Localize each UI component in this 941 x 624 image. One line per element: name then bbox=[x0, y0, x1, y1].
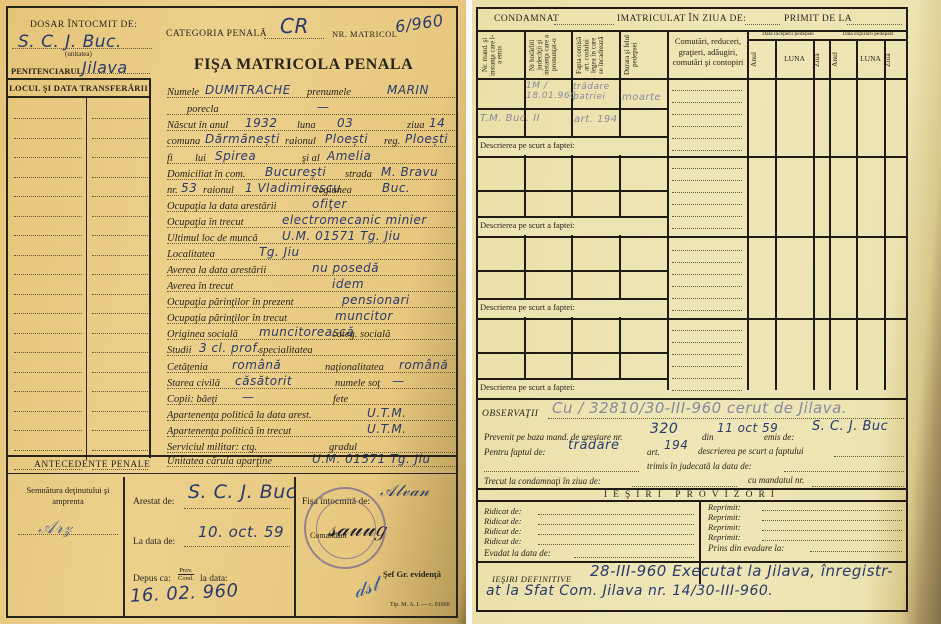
transfer-line bbox=[14, 352, 82, 353]
la-data-value: 10. oct. 59 bbox=[198, 523, 284, 541]
descriere-label: Descrierea pe scurt a faptei: bbox=[480, 382, 575, 392]
iesiri-provizori-title: IEŞIRI PROVIZORI bbox=[472, 490, 912, 500]
table-col-rule-date bbox=[829, 39, 831, 390]
numele-value: DUMITRACHE bbox=[205, 83, 291, 97]
reprimit-line bbox=[762, 520, 902, 521]
transfer-line bbox=[92, 391, 148, 392]
ocup-parinti-trecut-value: muncitor bbox=[335, 309, 393, 323]
raionul2-label: raionul bbox=[203, 185, 234, 196]
header-luna-end: LUNA bbox=[857, 54, 884, 63]
field-row: Ocupaţia în trecutelectromecanic minier bbox=[167, 213, 455, 229]
comutari-line bbox=[672, 274, 742, 275]
copii-label: Copii: băeţi bbox=[167, 394, 217, 405]
transfer-line bbox=[92, 196, 148, 197]
comutari-line bbox=[672, 150, 742, 151]
mandat-line bbox=[812, 486, 904, 487]
nr-value: 53 bbox=[181, 181, 197, 195]
block-rule bbox=[477, 156, 907, 158]
imatriculat-label: IMATRICULAT ÎN ZIUA DE: bbox=[617, 14, 746, 24]
comutari-line bbox=[672, 390, 742, 391]
field-row: Ocupaţia la data arestăriiofiţer bbox=[167, 197, 455, 213]
prev-cond: Prev. Cond. bbox=[178, 567, 194, 582]
fapt-value: trădare bbox=[568, 438, 619, 453]
starea-value: căsătorit bbox=[235, 374, 292, 388]
row-mid-rule bbox=[477, 270, 667, 272]
primit-line bbox=[847, 24, 902, 25]
descriere-faptului-line bbox=[834, 456, 904, 457]
prenumele-value: MARIN bbox=[387, 83, 429, 97]
transfer-line bbox=[92, 372, 148, 373]
comutari-line bbox=[672, 126, 742, 127]
transfer-line bbox=[92, 411, 148, 412]
mandat-value: T.M. Buc. II bbox=[480, 113, 540, 124]
prevenit-nr-value: 320 bbox=[650, 421, 678, 437]
comutari-line bbox=[672, 286, 742, 287]
descriere-faptului-label: descrierea pe scurt a faptului bbox=[698, 446, 804, 456]
comutari-line bbox=[672, 90, 742, 91]
raionul-value: Ploești bbox=[325, 132, 368, 146]
specialitatea-label: specialitatea bbox=[259, 345, 313, 356]
fapt-line-2 bbox=[484, 471, 639, 472]
starea-label: Starea civilă bbox=[167, 378, 220, 389]
fete-label: fete bbox=[333, 394, 348, 405]
right-page-fisa-verso: CONDAMNAT IMATRICULAT ÎN ZIUA DE: PRIMIT… bbox=[472, 0, 941, 624]
dosar-line bbox=[12, 48, 152, 49]
apart-arest-label: Apartenenţa politică la data arest. bbox=[167, 410, 312, 421]
field-row: Ocupaţia părinţilor în trecutmuncitor bbox=[167, 309, 455, 325]
unitatea-hint: (unitatea) bbox=[65, 50, 92, 58]
strada-value: M. Bravu bbox=[381, 165, 438, 179]
averea-arest-value: nu posedă bbox=[312, 261, 379, 275]
field-row: NumeleDUMITRACHEprenumeleMARIN bbox=[167, 83, 455, 99]
header-bottom-rule bbox=[477, 78, 907, 80]
transfer-line bbox=[14, 138, 82, 139]
averea-arest-label: Averea la data arestării bbox=[167, 265, 266, 276]
ridicat-line bbox=[538, 524, 694, 525]
categoria-value: CR bbox=[280, 14, 309, 38]
transfer-line bbox=[14, 294, 82, 295]
fapt-label: Pentru faptul de: bbox=[484, 447, 546, 457]
luna-value: 03 bbox=[337, 116, 353, 130]
transfer-line bbox=[92, 430, 148, 431]
table-col-rule bbox=[667, 30, 669, 390]
transfer-line bbox=[92, 138, 148, 139]
ultimul-loc-label: Ultimul loc de muncă bbox=[167, 233, 258, 244]
ocup-parinti-trecut-label: Ocupaţia părinţilor în trecut bbox=[167, 313, 287, 324]
observatii-value: Cu / 32810/30-III-960 cerut de Jilava. bbox=[552, 399, 847, 417]
transfer-line bbox=[14, 216, 82, 217]
sef-label: Şef Gr. evidenţă bbox=[383, 569, 441, 579]
ridicat-line bbox=[538, 534, 694, 535]
ridicat-label: Ridicat de: bbox=[484, 536, 522, 546]
header-start-group: Data începerii pedepsei bbox=[748, 31, 828, 37]
left-page-fisa-matricola: DOSAR ÎNTOCMIT DE: S. C. J. Buc. (unitat… bbox=[0, 0, 466, 624]
nationalitatea-value: română bbox=[399, 358, 448, 372]
dosar-label: DOSAR ÎNTOCMIT DE: bbox=[30, 20, 137, 30]
la-data-label: La data de: bbox=[133, 537, 175, 547]
mandat-label: cu mandatul nr. bbox=[748, 475, 804, 485]
field-row: Domiciliat în com.BucureştistradaM. Brav… bbox=[167, 165, 455, 181]
descriere-label: Descrierea pe scurt a faptei: bbox=[480, 140, 575, 150]
comutari-line bbox=[672, 138, 742, 139]
iesiri-definitive-line2: at la Sfat Com. Jilava nr. 14/30-III-960… bbox=[486, 583, 773, 599]
observatii-label: OBSERVAŢII bbox=[482, 409, 538, 419]
cetatenia-value: română bbox=[232, 358, 281, 372]
comutari-line bbox=[672, 168, 742, 169]
reprimit-label: Reprimit: bbox=[708, 522, 741, 532]
condamnat-line bbox=[554, 24, 614, 25]
numele-sot-value: — bbox=[392, 374, 405, 388]
comutari-line bbox=[672, 216, 742, 217]
ocupatia-trecut-label: Ocupaţia în trecut bbox=[167, 217, 244, 228]
mama-value: Amelia bbox=[327, 149, 371, 163]
field-row: Studii3 cl. prof.specialitatea bbox=[167, 341, 455, 357]
dosar-value: S. C. J. Buc. bbox=[18, 32, 122, 52]
header-anul-2: Anul bbox=[831, 44, 853, 76]
antecedente-divider-1 bbox=[123, 477, 125, 617]
ocupatia-trecut-value: electromecanic minier bbox=[282, 213, 427, 227]
comuna-value: Dărmănești bbox=[205, 132, 280, 146]
transfer-line bbox=[92, 333, 148, 334]
studii-label: Studii bbox=[167, 345, 192, 356]
prevenit-emis-label: emis de: bbox=[764, 432, 794, 442]
primit-label: PRIMIT DE LA bbox=[784, 14, 852, 24]
comutari-line bbox=[672, 310, 742, 311]
arestat-value: S. C. J. Buc bbox=[188, 481, 297, 503]
transfer-line bbox=[14, 411, 82, 412]
reg-label: reg. bbox=[384, 136, 400, 147]
table-col-rule bbox=[747, 30, 749, 390]
prins-label: Prins din evadare la: bbox=[708, 543, 784, 553]
lui-label: lui bbox=[195, 153, 206, 164]
field-row: LocalitateaTg. Jiu bbox=[167, 245, 455, 261]
field-row: Apartenenţa politică la data arest.U.T.M… bbox=[167, 406, 455, 422]
la-data-line bbox=[184, 546, 290, 547]
field-row: Ultimul loc de muncăU.M. 01571 Tg. Jiu bbox=[167, 229, 455, 245]
si-al-label: şi al bbox=[302, 153, 320, 164]
imatriculat-line bbox=[745, 24, 780, 25]
transfer-line bbox=[14, 177, 82, 178]
localitatea-value: Tg. Jiu bbox=[259, 245, 300, 259]
sef-signature: 𝒹𝓈𝓉 bbox=[350, 571, 382, 602]
iesiri-title-rule bbox=[477, 500, 907, 502]
row-mid-rule bbox=[477, 352, 667, 354]
transfer-line bbox=[14, 313, 82, 314]
tata-value: Spirea bbox=[215, 149, 256, 163]
reprimit-line bbox=[762, 540, 902, 541]
prenumele-label: prenumele bbox=[307, 87, 351, 98]
field-row: filuiSpireaşi alAmelia bbox=[167, 149, 455, 165]
header-col4: Durata şi felul pedepsei bbox=[624, 34, 662, 76]
field-row: Starea civilăcăsătoritnumele soţ— bbox=[167, 374, 455, 390]
table-col-rule-date bbox=[884, 39, 886, 390]
reprimit-label: Reprimit: bbox=[708, 502, 741, 512]
prevenit-emis-value: S. C. J. Buc bbox=[812, 419, 888, 434]
ultimul-loc-value: U.M. 01571 Tg. Jiu bbox=[282, 229, 401, 243]
field-row: nr.53raionul1 VladimirescuregiuneaBuc. bbox=[167, 181, 455, 197]
semnatura-label: Semnătura deţinutului şi amprenta bbox=[18, 485, 118, 507]
transfer-line bbox=[14, 450, 82, 451]
comutari-line bbox=[672, 250, 742, 251]
ridicat-label: Ridicat de: bbox=[484, 506, 522, 516]
comutari-line bbox=[672, 342, 742, 343]
strada-label: strada bbox=[345, 169, 372, 180]
antecedente-section: ANTECEDENTE PENALE Semnătura deţinutului… bbox=[8, 455, 458, 615]
ocup-parinti-prezent-value: pensionari bbox=[342, 293, 410, 307]
row-mid-rule bbox=[477, 108, 667, 110]
header-col3: Fapta comisă art. codului legea în care … bbox=[576, 34, 614, 76]
transfer-line bbox=[92, 255, 148, 256]
page-title: FIŞA MATRICOLA PENALA bbox=[194, 56, 413, 74]
iesiri-definitive-line1: 28-III-960 Executat la Jilava, înregistr… bbox=[590, 562, 893, 580]
transfer-line bbox=[92, 235, 148, 236]
printer-note: Tip. M. A. I. — c. 01060 bbox=[390, 602, 450, 608]
transfer-line bbox=[92, 118, 148, 119]
transfer-line bbox=[14, 430, 82, 431]
field-row: Născut în anul1932luna03ziua14 bbox=[167, 116, 455, 132]
comutari-line bbox=[672, 228, 742, 229]
transfer-line bbox=[92, 352, 148, 353]
trecut-label: Trecut la condamnaţi în ziua de: bbox=[484, 476, 601, 486]
comutari-line bbox=[672, 204, 742, 205]
trimis-label: trimis în judecată la data de: bbox=[647, 461, 752, 471]
averea-trecut-value: idem bbox=[332, 277, 364, 291]
official-stamp bbox=[304, 487, 386, 569]
prins-line bbox=[810, 551, 902, 552]
transfer-section: LOCUL ŞI DATA TRANSFERĂRII bbox=[8, 78, 151, 458]
transfer-line bbox=[14, 255, 82, 256]
durata-value: moarte bbox=[622, 92, 661, 103]
header-col2: Nr hotărîrii judecăţii şi instanţa care … bbox=[529, 34, 567, 76]
numele-sot-label: numele soţ bbox=[335, 378, 380, 389]
origine-label: Originea socială bbox=[167, 329, 238, 340]
categ-label: categ. socială bbox=[332, 329, 390, 340]
antecedente-title: ANTECEDENTE PENALE bbox=[8, 457, 458, 474]
comutari-line bbox=[672, 366, 742, 367]
transfer-line bbox=[92, 313, 148, 314]
ocupatia-arest-value: ofiţer bbox=[312, 197, 347, 211]
apart-arest-value: U.T.M. bbox=[367, 406, 407, 420]
field-row: Ocupaţia părinţilor în prezentpensionari bbox=[167, 293, 455, 309]
trecut-line bbox=[632, 486, 737, 487]
fi-label: fi bbox=[167, 153, 173, 164]
porecla-value: — bbox=[317, 100, 330, 114]
field-row: Apartenenţa politică în trecutU.T.M. bbox=[167, 422, 455, 438]
cond-label: Cond. bbox=[178, 575, 194, 582]
transfer-line bbox=[92, 450, 148, 451]
domiciliat-label: Domiciliat în com. bbox=[167, 169, 245, 180]
copii-baieti-value: — bbox=[242, 390, 255, 404]
comutari-line bbox=[672, 330, 742, 331]
block-rule bbox=[477, 236, 907, 238]
field-row: Averea în trecutidem bbox=[167, 277, 455, 293]
transfer-line bbox=[14, 274, 82, 275]
transfer-line bbox=[92, 216, 148, 217]
ridicat-label: Ridicat de: bbox=[484, 516, 522, 526]
penitenciar-value: Jilava bbox=[82, 58, 128, 77]
row-mid-rule bbox=[477, 190, 667, 192]
transfer-title: LOCUL ŞI DATA TRANSFERĂRII bbox=[8, 80, 149, 98]
header-luna-start: LUNA bbox=[776, 54, 813, 63]
header-anul-0: Anul bbox=[750, 44, 772, 76]
ridicat-label: Ridicat de: bbox=[484, 526, 522, 536]
reprimit-label: Reprimit: bbox=[708, 532, 741, 542]
comutari-line bbox=[672, 114, 742, 115]
header-col5: Comutări, reduceri, graţieri, adăugiri, … bbox=[670, 36, 746, 68]
transfer-line bbox=[14, 118, 82, 119]
reg-value: Ploești bbox=[405, 132, 448, 146]
transfer-line bbox=[92, 274, 148, 275]
table-col-rule-date bbox=[813, 39, 815, 390]
evadat-label: Evadat la data de: bbox=[484, 548, 551, 558]
apart-trecut-label: Apartenenţa politică în trecut bbox=[167, 426, 291, 437]
transfer-line bbox=[14, 157, 82, 158]
header-ziua-3: Ziua bbox=[884, 44, 906, 76]
reprimit-line bbox=[762, 510, 902, 511]
nr-label: nr. bbox=[167, 185, 178, 196]
studii-value: 3 cl. prof. bbox=[199, 341, 261, 355]
averea-trecut-label: Averea în trecut bbox=[167, 281, 233, 292]
prevenit-din-label: din bbox=[702, 432, 714, 442]
transfer-line bbox=[14, 391, 82, 392]
table-col-rule bbox=[619, 30, 621, 390]
raionul-label: raionul bbox=[285, 136, 316, 147]
categoria-label: CATEGORIA PENALĂ bbox=[166, 29, 267, 39]
descriere-label: Descrierea pe scurt a faptei: bbox=[480, 220, 575, 230]
trimis-line bbox=[784, 471, 904, 472]
header-end-group: Data expirării pedepsei bbox=[829, 31, 907, 37]
fapta-value: trădare patriei bbox=[573, 83, 619, 103]
field-row: Cetăţeniaromânănaţionalitatearomână bbox=[167, 358, 455, 374]
comuna-label: comuna bbox=[167, 136, 200, 147]
regiunea-label: regiunea bbox=[315, 185, 352, 196]
header-col1: Nr. mand. şi instanţa care l-a emis bbox=[482, 34, 520, 76]
penitenciar-label: PENITENCIARUL bbox=[11, 66, 82, 76]
nascut-label: Născut în anul bbox=[167, 120, 228, 131]
transfer-line bbox=[92, 177, 148, 178]
ocupatia-arest-label: Ocupaţia la data arestării bbox=[167, 201, 277, 212]
field-dotline bbox=[167, 372, 455, 373]
depus-value: 16. 02. 960 bbox=[130, 580, 240, 607]
ziua-value: 14 bbox=[429, 116, 445, 130]
cetatenia-label: Cetăţenia bbox=[167, 362, 208, 373]
transfer-line bbox=[14, 372, 82, 373]
arestat-label: Arestat de: bbox=[133, 497, 174, 507]
field-row: porecla— bbox=[167, 100, 455, 116]
porecla-label: porecla bbox=[187, 104, 219, 115]
transfer-line bbox=[14, 235, 82, 236]
domiciliat-value: Bucureşti bbox=[265, 165, 326, 179]
transfer-line bbox=[14, 196, 82, 197]
nationalitatea-label: naţionalitatea bbox=[325, 362, 384, 373]
nascut-an: 1932 bbox=[245, 116, 278, 130]
transfer-line bbox=[92, 157, 148, 158]
ocup-parinti-prezent-label: Ocupaţia părinţilor în prezent bbox=[167, 297, 293, 308]
transfer-line bbox=[92, 294, 148, 295]
condamnat-label: CONDAMNAT bbox=[494, 14, 559, 24]
hotarare-value: 1M / 18.01.960 bbox=[526, 82, 570, 102]
apart-trecut-value: U.T.M. bbox=[367, 422, 407, 436]
depus-label: Depus ca: bbox=[133, 574, 171, 584]
ridicat-line bbox=[538, 514, 694, 515]
transfer-divider bbox=[86, 96, 87, 460]
categoria-line bbox=[264, 38, 324, 39]
comutari-line bbox=[672, 192, 742, 193]
comutari-line bbox=[672, 298, 742, 299]
fisa-signature: 𝒜𝓁𝓋𝒶𝓃 bbox=[380, 481, 430, 501]
date-group-rule bbox=[747, 39, 907, 41]
evadat-line bbox=[574, 557, 694, 558]
field-row: comunaDărmăneștiraionulPloeștireg.Ploeșt… bbox=[167, 132, 455, 148]
art-label: art. bbox=[647, 447, 660, 457]
prev-label: Prev. bbox=[178, 567, 194, 575]
art-value: 194 bbox=[664, 438, 688, 452]
table-col-rule-date bbox=[856, 39, 858, 390]
field-row: Copii: băeţi—fete bbox=[167, 390, 455, 406]
comutari-line bbox=[672, 102, 742, 103]
comutari-line bbox=[672, 262, 742, 263]
table-col-rule-date bbox=[775, 39, 777, 390]
comutari-line bbox=[672, 354, 742, 355]
reprimit-line bbox=[762, 530, 902, 531]
numele-label: Numele bbox=[167, 87, 199, 98]
matricol-label: Nr. MATRICOL bbox=[332, 29, 398, 39]
comutari-line bbox=[672, 378, 742, 379]
block-rule bbox=[477, 318, 907, 320]
regiunea-value: Buc. bbox=[382, 181, 410, 195]
ziua-label: ziua bbox=[407, 120, 425, 131]
arestat-line bbox=[184, 508, 290, 509]
comutari-line bbox=[672, 180, 742, 181]
semnatura-line bbox=[18, 534, 118, 535]
field-row: Averea la data arestăriinu posedă bbox=[167, 261, 455, 277]
penitenciar-line bbox=[78, 73, 150, 74]
transfer-line bbox=[14, 333, 82, 334]
luna-label: luna bbox=[297, 120, 316, 131]
articol-value: art. 194 bbox=[574, 114, 618, 125]
ridicat-line bbox=[538, 544, 694, 545]
reprimit-label: Reprimit: bbox=[708, 512, 741, 522]
localitatea-label: Localitatea bbox=[167, 249, 215, 260]
field-row: Originea socialămuncitoreascăcateg. soci… bbox=[167, 325, 455, 341]
descriere-label: Descrierea pe scurt a faptei: bbox=[480, 302, 575, 312]
